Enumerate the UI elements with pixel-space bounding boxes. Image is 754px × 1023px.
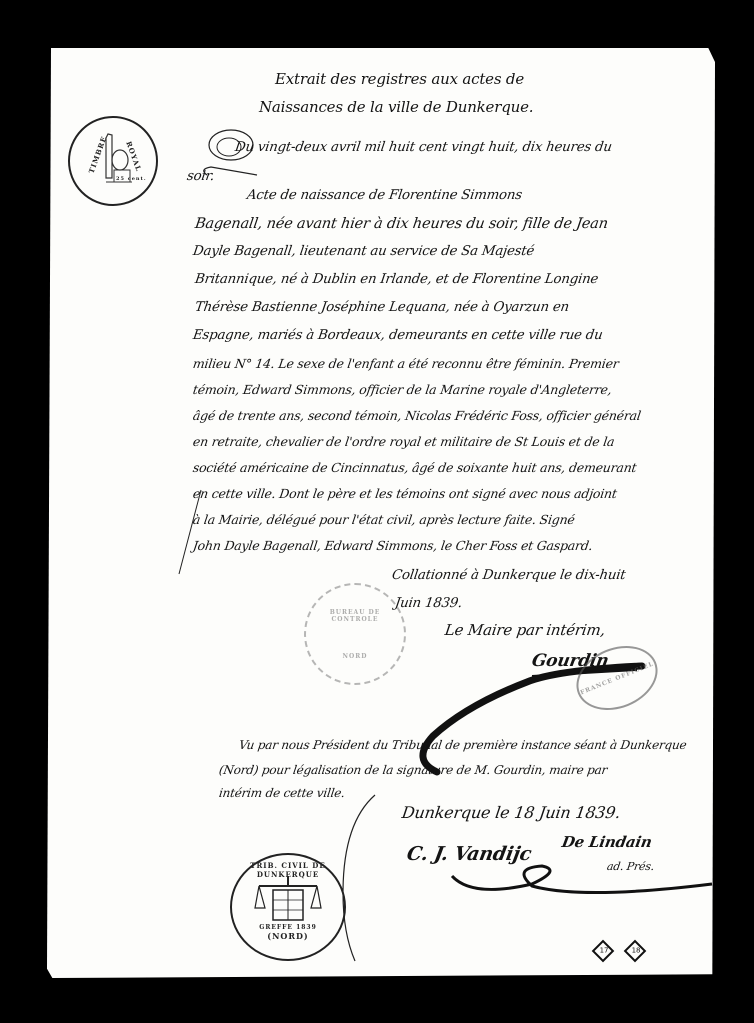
page-mark: 17 (592, 940, 615, 963)
mayor-title: Le Maire par intérim, (444, 621, 607, 639)
header-line-1: Extrait des registres aux actes de (275, 70, 524, 88)
controle-stamp-text: BUREAU DE CONTROLE (306, 609, 404, 623)
body-line: Britannique, né à Dublin en Irlande, et … (194, 272, 599, 287)
legalization-line: Vu par nous Président du Tribunal de pre… (238, 738, 687, 752)
body-line: à la Mairie, délégué pour l'état civil, … (192, 512, 576, 527)
controle-stamp: BUREAU DE CONTROLE NORD (304, 583, 406, 685)
body-line: Dayle Bagenall, lieutenant au service de… (192, 244, 535, 259)
second-signature: De Lindain (560, 833, 653, 851)
body-line: Espagne, mariés à Bordeaux, demeurants e… (192, 328, 604, 343)
tribunal-stamp-bottom: (NORD) (267, 931, 308, 941)
body-line: en cette ville. Dont le père et les témo… (192, 486, 618, 501)
controle-stamp-sub: NORD (343, 653, 368, 660)
body-line: Du vingt-deux avril mil huit cent vingt … (234, 140, 613, 155)
body-line: milieu N° 14. Le sexe de l'enfant a été … (192, 356, 620, 371)
body-line: Thérèse Bastienne Joséphine Lequana, née… (194, 300, 570, 315)
body-line: Acte de naissance de Florentine Simmons (246, 188, 523, 203)
margin-flourish-icon (175, 488, 205, 578)
place-date: Dunkerque le 18 Juin 1839. (401, 803, 622, 822)
timbre-figure-icon (70, 118, 156, 204)
timbre-royal-stamp: TIMBRE ROYAL 25 cent. (68, 116, 158, 206)
body-line: soir. (186, 169, 215, 184)
page-mark: 18 (624, 940, 647, 963)
body-line: société américaine de Cincinnatus, âgé d… (192, 460, 638, 475)
scales-of-justice-icon (253, 874, 323, 924)
oval-stamp-text: FRANCE OFFICIEL (579, 660, 655, 696)
body-line: en retraite, chevalier de l'ordre royal … (192, 434, 616, 449)
legalization-line: (Nord) pour légalisation de la signature… (218, 763, 608, 777)
tribunal-stamp: TRIB. CIVIL DE DUNKERQUE GREFFE 1839 (NO… (230, 853, 346, 961)
header-line-2: Naissances de la ville de Dunkerque. (259, 98, 533, 116)
president-flourish-icon (442, 856, 722, 906)
body-line: âgé de trente ans, second témoin, Nicola… (192, 408, 642, 423)
document-page: Extrait des registres aux actes de Naiss… (47, 48, 715, 978)
tribunal-stamp-top: TRIB. CIVIL DE DUNKERQUE (232, 861, 344, 879)
body-line: témoin, Edward Simmons, officier de la M… (192, 382, 613, 397)
legalization-line: intérim de cette ville. (218, 786, 346, 800)
collation-line: Collationné à Dunkerque le dix-huit (391, 568, 627, 583)
body-line: John Dayle Bagenall, Edward Simmons, le … (192, 538, 594, 553)
collation-line: Juin 1839. (394, 596, 463, 611)
timbre-value: 25 cent. (116, 176, 147, 182)
tribunal-stamp-middle: GREFFE 1839 (259, 924, 317, 931)
body-line: Bagenall, née avant hier à dix heures du… (194, 216, 609, 232)
